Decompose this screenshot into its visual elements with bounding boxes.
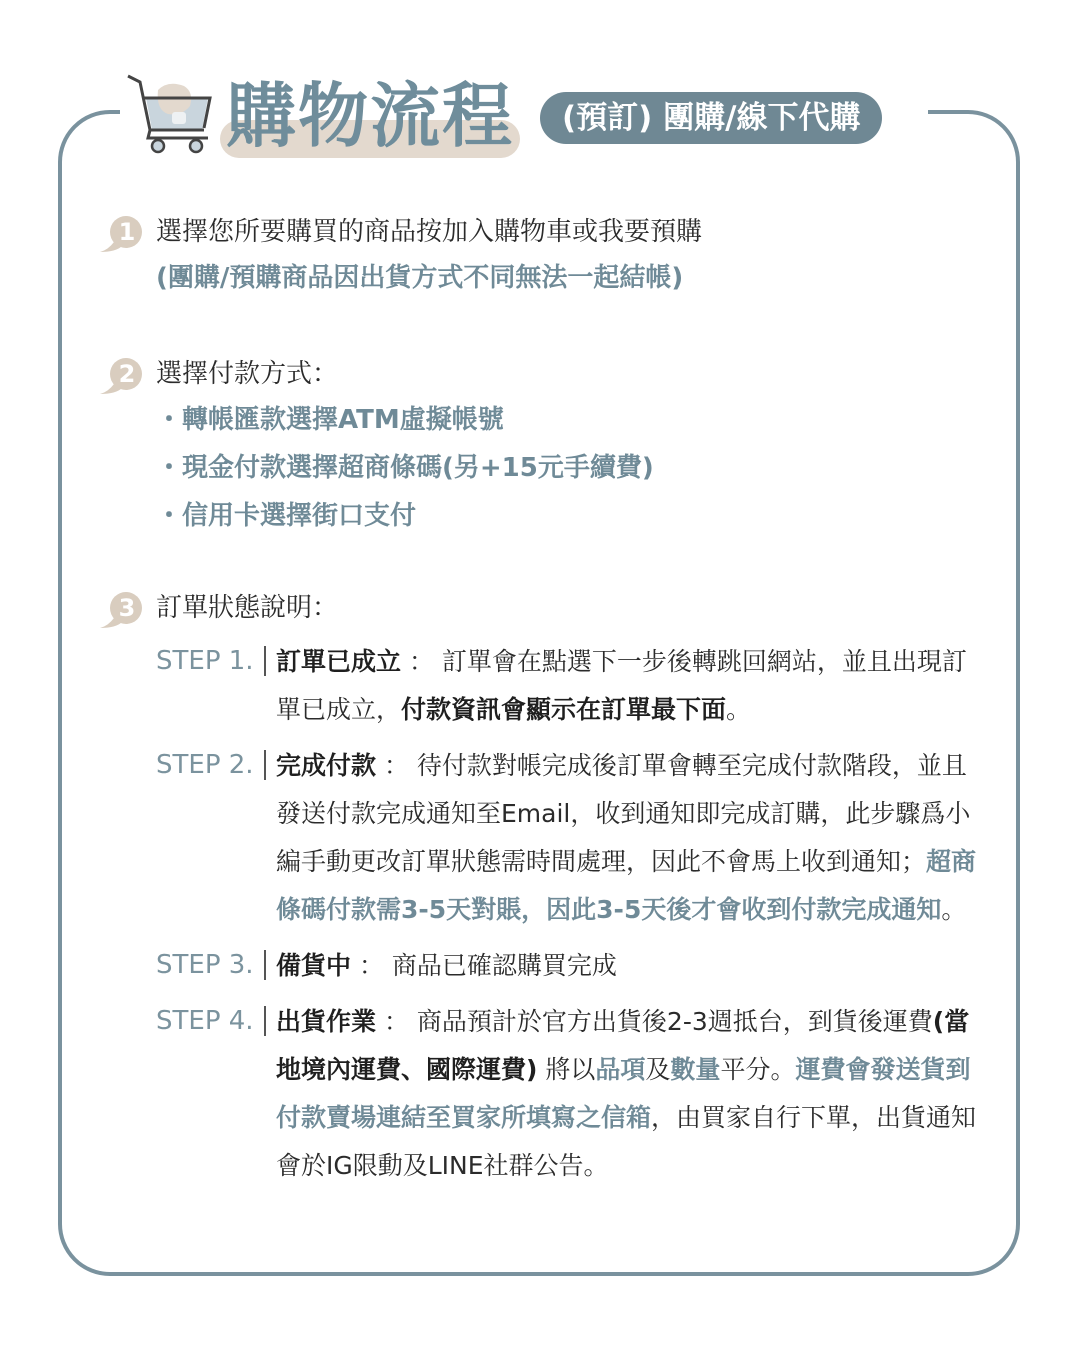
section-title: 選擇您所要購買的商品按加入購物車或我要預購 [156,210,980,254]
step-name: 出貨作業 [276,1007,376,1036]
step-name: 訂單已成立 [276,647,401,676]
section-3: 3 訂單狀態說明： STEP 1. 訂單已成立 ： 訂單會在點選下一步後轉跳回網… [100,586,980,1190]
step-badge-2: 2 [100,356,142,392]
payment-option: ・現金付款選擇超商條碼(另+15元手續費) [156,444,980,492]
step-sep: ： [401,647,442,676]
divider [264,1006,266,1036]
divider [264,750,266,780]
payment-list: ・轉帳匯款選擇ATM虛擬帳號 ・現金付款選擇超商條碼(另+15元手續費) ・信用… [156,396,980,540]
payment-option: ・信用卡選擇街口支付 [156,492,980,540]
content: 1 選擇您所要購買的商品按加入購物車或我要預購 (團購/預購商品因出貨方式不同無… [100,210,980,1224]
section-title: 選擇付款方式： [156,352,980,396]
step-text: 將以 [537,1055,595,1084]
step-body: 訂單已成立 ： 訂單會在點選下一步後轉跳回網站，並且出現訂單已成立，付款資訊會顯… [276,638,980,734]
step-text: 商品預計於官方出貨後2-3週抵台，到貨後運費 [417,1007,933,1036]
step-label: STEP 4. [156,998,262,1190]
order-step-1: STEP 1. 訂單已成立 ： 訂單會在點選下一步後轉跳回網站，並且出現訂單已成… [156,638,980,734]
page-title: 購物流程 [220,74,514,158]
step-label: STEP 2. [156,742,262,934]
step-sep: ： [351,951,392,980]
step-name: 備貨中 [276,951,351,980]
step-sep: ： [376,1007,417,1036]
step-badge-3: 3 [100,590,142,626]
step-badge-number: 3 [112,592,142,624]
section-note: (團購/預購商品因出貨方式不同無法一起結帳) [156,254,980,302]
step-badge-number: 1 [112,216,142,248]
step-label: STEP 1. [156,638,262,734]
shopping-cart-icon [124,72,216,156]
title-wrap: 購物流程 [220,74,514,160]
step-emphasis: 付款資訊會顯示在訂單最下面 [401,695,726,724]
order-step-2: STEP 2. 完成付款 ： 待付款對帳完成後訂單會轉至完成付款階段，並且發送付… [156,742,980,934]
step-highlight: 數量 [670,1055,720,1084]
step-name: 完成付款 [276,751,376,780]
section-1: 1 選擇您所要購買的商品按加入購物車或我要預購 (團購/預購商品因出貨方式不同無… [100,210,980,302]
payment-option: ・轉帳匯款選擇ATM虛擬帳號 [156,396,980,444]
order-step-3: STEP 3. 備貨中 ： 商品已確認購買完成 [156,942,980,990]
step-text: 平分。 [720,1055,795,1084]
step-body: 備貨中 ： 商品已確認購買完成 [276,942,980,990]
header: 購物流程 (預訂) 團購/線下代購 [120,66,940,166]
step-badge-1: 1 [100,214,142,250]
step-sep: ： [376,751,417,780]
section-2: 2 選擇付款方式： ・轉帳匯款選擇ATM虛擬帳號 ・現金付款選擇超商條碼(另+1… [100,352,980,540]
step-label: STEP 3. [156,942,262,990]
step-body: 完成付款 ： 待付款對帳完成後訂單會轉至完成付款階段，並且發送付款完成通知至Em… [276,742,980,934]
divider [264,646,266,676]
category-pill: (預訂) 團購/線下代購 [540,92,882,144]
step-text: 。 [726,695,751,724]
step-highlight: 品項 [595,1055,645,1084]
divider [264,950,266,980]
step-body: 出貨作業 ： 商品預計於官方出貨後2-3週抵台，到貨後運費(當地境內運費、國際運… [276,998,980,1190]
section-title: 訂單狀態說明： [156,586,980,630]
step-text: 。 [941,895,966,924]
step-text: 及 [645,1055,670,1084]
step-text: 商品已確認購買完成 [392,951,617,980]
step-badge-number: 2 [112,358,142,390]
order-step-4: STEP 4. 出貨作業 ： 商品預計於官方出貨後2-3週抵台，到貨後運費(當地… [156,998,980,1190]
